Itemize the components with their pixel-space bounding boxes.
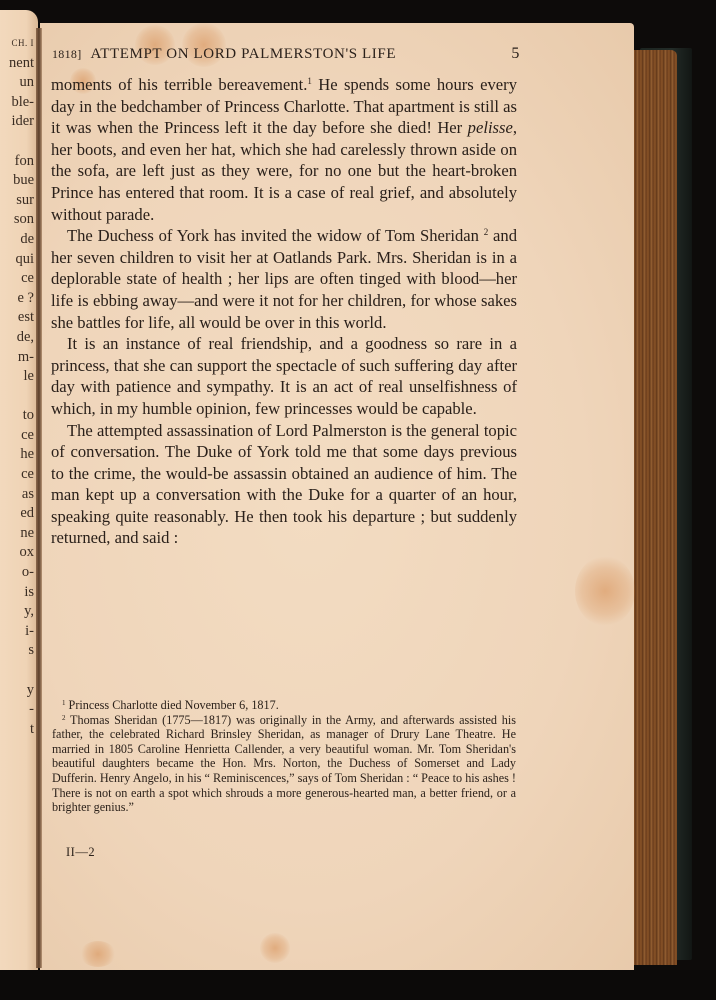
running-head: 1818] ATTEMPT ON LORD PALMERSTON'S LIFE …: [52, 45, 520, 63]
left-page-line-fragment: [9, 132, 34, 152]
left-page-line-fragment: nent: [9, 54, 34, 74]
left-page-line-fragment: to: [9, 406, 34, 426]
left-page-line-fragment: bue: [9, 171, 34, 191]
foxing-spot: [80, 941, 116, 967]
left-page-line-fragment: he: [9, 445, 34, 465]
footnote: 2 Thomas Sheridan (1775—1817) was origin…: [52, 713, 516, 815]
left-page-line-fragment: t: [9, 720, 34, 740]
left-page-line-fragment: qui: [9, 250, 34, 270]
book-gutter: [36, 28, 42, 968]
left-page-line-fragment: de,: [9, 328, 34, 348]
left-page-line-fragment: y,: [9, 602, 34, 622]
footnote-marker: 2: [62, 714, 66, 722]
running-head-year: 1818]: [52, 47, 82, 62]
left-page-line-fragment: ed: [9, 504, 34, 524]
footnote: 1 Princess Charlotte died November 6, 18…: [52, 698, 516, 713]
table-surface: [0, 970, 716, 1000]
footnote-marker: 1: [62, 699, 66, 707]
body-paragraph: It is an instance of real friendship, an…: [51, 333, 517, 419]
foxing-spot: [575, 556, 635, 626]
left-page-line-fragment: ce: [9, 269, 34, 289]
foxing-spot: [260, 933, 290, 963]
left-page-header-fragment: CH. I: [9, 34, 34, 54]
left-page-text-fragments: CH. Inentunble-ider fonbuesursondequicee…: [9, 34, 34, 739]
left-page-line-fragment: as: [9, 485, 34, 505]
left-page-line-fragment: i-: [9, 622, 34, 642]
italic-text: pelisse: [468, 118, 513, 137]
left-page-line-fragment: un: [9, 73, 34, 93]
left-page-line-fragment: est: [9, 308, 34, 328]
left-page-line-fragment: son: [9, 210, 34, 230]
running-head-title: ATTEMPT ON LORD PALMERSTON'S LIFE: [91, 46, 512, 63]
left-page-line-fragment: le: [9, 367, 34, 387]
body-paragraph: The attempted assassination of Lord Palm…: [51, 420, 517, 550]
left-page-line-fragment: fon: [9, 152, 34, 172]
left-page-line-fragment: s: [9, 641, 34, 661]
left-page-line-fragment: -: [9, 700, 34, 720]
left-page-line-fragment: [9, 387, 34, 407]
page-number: 5: [511, 45, 520, 63]
signature-mark: II—2: [66, 845, 95, 860]
left-page-line-fragment: [9, 661, 34, 681]
body-paragraph: moments of his terrible bereavement.1 He…: [51, 74, 517, 225]
left-page-line-fragment: o-: [9, 563, 34, 583]
left-page-line-fragment: e ?: [9, 289, 34, 309]
left-page-line-fragment: de: [9, 230, 34, 250]
page-edges: [632, 50, 677, 965]
left-page-line-fragment: ider: [9, 112, 34, 132]
left-page-line-fragment: ce: [9, 426, 34, 446]
left-page-line-fragment: ne: [9, 524, 34, 544]
left-page-line-fragment: ox: [9, 543, 34, 563]
left-page-line-fragment: sur: [9, 191, 34, 211]
left-page: CH. Inentunble-ider fonbuesursondequicee…: [0, 10, 38, 970]
left-page-line-fragment: m-: [9, 348, 34, 368]
left-page-line-fragment: ce: [9, 465, 34, 485]
left-page-line-fragment: y: [9, 681, 34, 701]
footnote-reference: 1: [307, 76, 312, 86]
body-text: moments of his terrible bereavement.1 He…: [51, 74, 517, 549]
footnotes: 1 Princess Charlotte died November 6, 18…: [52, 698, 516, 815]
left-page-line-fragment: is: [9, 583, 34, 603]
body-paragraph: The Duchess of York has invited the wido…: [51, 225, 517, 333]
footnote-reference: 2: [484, 227, 489, 237]
left-page-line-fragment: ble-: [9, 93, 34, 113]
